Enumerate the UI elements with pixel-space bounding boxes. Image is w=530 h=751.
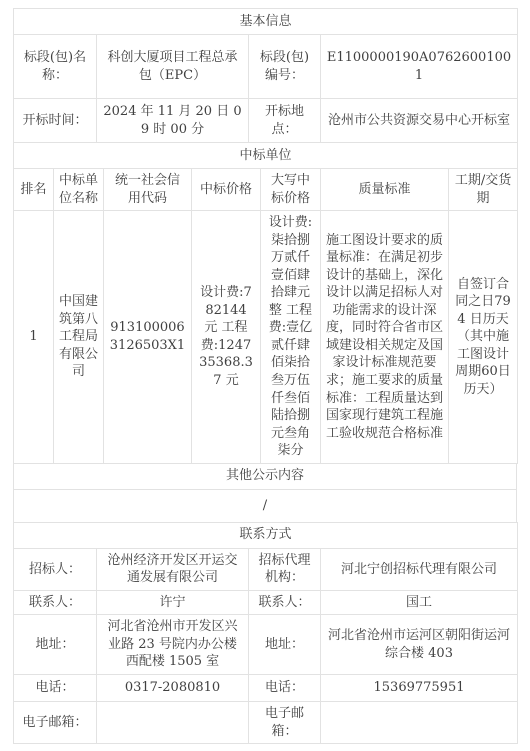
field-label-package-name: 标段(包)名称： xyxy=(14,35,97,99)
winning-bidder-title-row: 中标单位 xyxy=(14,143,518,169)
winning-bidder-data-row: 1 中国建筑第八工程局有限公司 9131000063126503X1 设计费:7… xyxy=(14,211,518,464)
bidder-name-cell: 中国建筑第八工程局有限公司 xyxy=(54,211,104,464)
other-announcement-content: / xyxy=(14,489,517,522)
field-value-agency: 河北宁创招标代理有限公司 xyxy=(321,548,518,590)
column-header-bidder-name: 中标单位名称 xyxy=(54,169,104,211)
bid-award-announcement: 基本信息 标段(包)名称： 科创大厦项目工程总承包（EPC） 标段(包)编号： … xyxy=(13,8,517,744)
field-value-agency-email xyxy=(321,702,518,744)
field-label-agency-address: 地址： xyxy=(249,615,321,675)
quality-standard-cell: 施工图设计要求的质量标准：在满足初步设计的基础上，深化设计以满足招标人对功能需求… xyxy=(321,211,449,464)
section-title-other-announcement: 其他公示内容 xyxy=(14,463,517,489)
field-label-package-number: 标段(包)编号： xyxy=(249,35,321,99)
column-header-row: 排名 中标单位名称 统一社会信用代码 中标价格 大写中标价格 质量标准 工期/交… xyxy=(14,169,518,211)
other-announcement-content-row: / xyxy=(14,489,517,522)
field-label-agency-email: 电子邮箱： xyxy=(249,702,321,744)
field-value-tenderer-phone: 0317-2080810 xyxy=(97,675,249,702)
field-value-agency-address: 河北省沧州市运河区朝阳街运河综合楼 403 xyxy=(321,615,518,675)
field-value-tenderer-contact: 许宁 xyxy=(97,590,249,615)
field-value-agency-phone: 15369775951 xyxy=(321,675,518,702)
price-cell: 设计费:782144 元 工程费:124735368.37 元 xyxy=(192,211,261,464)
field-label-tenderer-contact: 联系人： xyxy=(14,590,97,615)
field-label-tenderer-email: 电子邮箱： xyxy=(14,702,97,744)
other-announcement-title-row: 其他公示内容 xyxy=(14,463,517,489)
table-row: 地址： 河北省沧州市开发区兴业路 23 号院内办公楼西配楼 1505 室 地址：… xyxy=(14,615,518,675)
field-label-bid-opening-time: 开标时间： xyxy=(14,99,97,143)
table-row: 电话： 0317-2080810 电话： 15369775951 xyxy=(14,675,518,702)
field-value-tenderer-email xyxy=(97,702,249,744)
field-value-tenderer: 沧州经济开发区开运交通发展有限公司 xyxy=(97,548,249,590)
field-value-agency-contact: 国工 xyxy=(321,590,518,615)
table-row: 开标时间： 2024 年 11 月 20 日 09 时 00 分 开标地点： 沧… xyxy=(14,99,518,143)
table-row: 标段(包)名称： 科创大厦项目工程总承包（EPC） 标段(包)编号： E1100… xyxy=(14,35,518,99)
section-title-basic-info: 基本信息 xyxy=(14,9,518,35)
column-header-credit-code: 统一社会信用代码 xyxy=(104,169,192,211)
field-label-agency-contact: 联系人： xyxy=(249,590,321,615)
credit-code-cell: 9131000063126503X1 xyxy=(104,211,192,464)
table-row: 联系人： 许宁 联系人： 国工 xyxy=(14,590,518,615)
column-header-duration: 工期/交货期 xyxy=(449,169,518,211)
field-value-bid-opening-time: 2024 年 11 月 20 日 09 时 00 分 xyxy=(97,99,249,143)
field-label-bid-opening-place: 开标地点： xyxy=(249,99,321,143)
table-row: 招标人： 沧州经济开发区开运交通发展有限公司 招标代理机构： 河北宁创招标代理有… xyxy=(14,548,518,590)
field-value-package-number: E1100000190A07626001001 xyxy=(321,35,518,99)
field-label-agency: 招标代理机构： xyxy=(249,548,321,590)
contact-title-row: 联系方式 xyxy=(14,522,518,548)
column-header-quality-standard: 质量标准 xyxy=(321,169,449,211)
column-header-price-uppercase: 大写中标价格 xyxy=(261,169,321,211)
section-title-winning-bidder: 中标单位 xyxy=(14,143,518,169)
contact-table: 联系方式 招标人： 沧州经济开发区开运交通发展有限公司 招标代理机构： 河北宁创… xyxy=(13,522,518,744)
field-label-agency-phone: 电话： xyxy=(249,675,321,702)
basic-info-table: 基本信息 标段(包)名称： 科创大厦项目工程总承包（EPC） 标段(包)编号： … xyxy=(13,8,518,143)
field-value-tenderer-address: 河北省沧州市开发区兴业路 23 号院内办公楼西配楼 1505 室 xyxy=(97,615,249,675)
section-title-contact: 联系方式 xyxy=(14,522,518,548)
column-header-rank: 排名 xyxy=(14,169,54,211)
duration-cell: 自签订合同之日794 日历天（其中施工图设计周期60日历天） xyxy=(449,211,518,464)
rank-cell: 1 xyxy=(14,211,54,464)
table-row: 电子邮箱： 电子邮箱： xyxy=(14,702,518,744)
other-announcement-table: 其他公示内容 / xyxy=(13,463,517,523)
field-label-tenderer-phone: 电话： xyxy=(14,675,97,702)
price-uppercase-cell: 设计费:柒拾捌万贰仟壹佰肆拾肆元整 工程费:壹亿贰仟肆佰柒拾叁万伍仟叁佰陆拾捌元… xyxy=(261,211,321,464)
field-value-package-name: 科创大厦项目工程总承包（EPC） xyxy=(97,35,249,99)
column-header-price: 中标价格 xyxy=(192,169,261,211)
field-label-tenderer-address: 地址： xyxy=(14,615,97,675)
field-label-tenderer: 招标人： xyxy=(14,548,97,590)
winning-bidder-table: 中标单位 排名 中标单位名称 统一社会信用代码 中标价格 大写中标价格 质量标准… xyxy=(13,142,518,464)
field-value-bid-opening-place: 沧州市公共资源交易中心开标室 xyxy=(321,99,518,143)
basic-info-title-row: 基本信息 xyxy=(14,9,518,35)
